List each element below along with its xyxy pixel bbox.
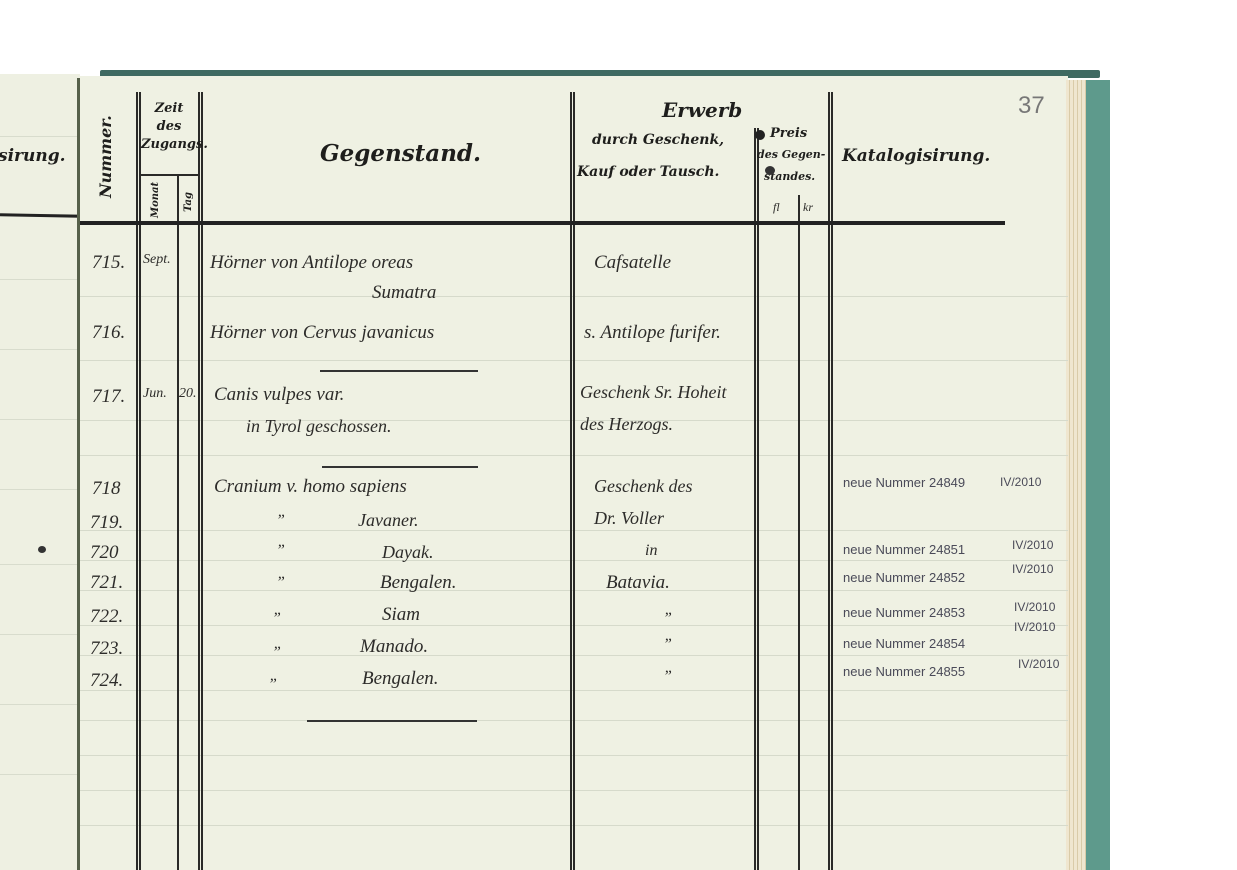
header-gegenstand: Gegenstand. (320, 140, 481, 167)
entry-item-line2: Sumatra (372, 282, 436, 304)
entry-catalog-date: IV/2010 (1012, 538, 1053, 552)
entry-acquisition: s. Antilope furifer. (584, 322, 721, 344)
entry-number: 720 (90, 542, 119, 564)
ink-blot (755, 130, 765, 140)
entry-number: 723. (90, 638, 123, 660)
entry-ditto-mark: ” (276, 512, 285, 530)
entry-number: 717. (92, 386, 125, 408)
entry-number: 719. (90, 512, 123, 534)
entry-catalog-date: IV/2010 (1018, 657, 1059, 671)
entry-item: Javaner. (358, 510, 418, 531)
entry-item: Manado. (360, 636, 428, 658)
entry-acquisition: ” (663, 610, 672, 628)
entry-item: Cranium v. homo sapiens (214, 476, 407, 498)
entry-catalog: neue Nummer 24852 (843, 570, 965, 585)
entry-acquisition: Cafsatelle (594, 252, 671, 274)
entry-ditto-mark: ” (272, 644, 281, 662)
left-page-header-fragment: sirung. (0, 146, 66, 166)
entry-ditto-mark: ” (272, 610, 281, 628)
entry-catalog-date: IV/2010 (1000, 475, 1041, 489)
entry-catalog-date: IV/2010 (1012, 562, 1053, 576)
entry-item: Dayak. (382, 542, 433, 563)
entry-month: Jun. (143, 386, 167, 402)
entry-catalog-date: IV/2010 (1014, 600, 1055, 614)
header-preis-1: Preis (770, 126, 807, 141)
entry-acquisition: in (645, 542, 657, 560)
ink-blot (38, 546, 46, 553)
header-monat: Monat (150, 182, 161, 218)
entry-item-line2: in Tyrol geschossen. (246, 416, 392, 437)
entry-catalog: neue Nummer 24849 (843, 475, 965, 490)
header-preis-unit2: kr (803, 200, 813, 215)
left-page: sirung. (0, 74, 80, 870)
entry-ditto-mark: ” (276, 542, 285, 560)
separator-rule (320, 370, 478, 372)
entry-catalog: neue Nummer 24855 (843, 664, 965, 679)
page-edges (1066, 80, 1088, 870)
entry-acquisition: ” (663, 636, 672, 654)
book-cover-right (1086, 80, 1110, 870)
entry-ditto-mark: ” (276, 574, 285, 592)
header-preis-unit1: fl (773, 200, 780, 215)
header-zeit: Zeit des Zugangs. (141, 100, 197, 154)
entry-item: Hörner von Antilope oreas (210, 252, 413, 274)
entry-acquisition: ” (663, 668, 672, 686)
header-tag: Tag (183, 192, 194, 212)
entry-acquisition-line2: des Herzogs. (580, 414, 673, 435)
entry-day: 20. (179, 386, 197, 402)
ink-blot (765, 166, 775, 175)
entry-ditto-mark: ” (268, 676, 277, 694)
separator-rule (322, 466, 478, 468)
entry-catalog: neue Nummer 24853 (843, 605, 965, 620)
entry-acquisition: Dr. Voller (594, 508, 664, 529)
entry-month: Sept. (143, 252, 171, 268)
entry-number: 722. (90, 606, 123, 628)
entry-acquisition: Geschenk des (594, 476, 692, 497)
entry-number: 718 (92, 478, 121, 500)
spine-gutter (77, 78, 80, 870)
entry-item: Hörner von Cervus javanicus (210, 322, 434, 344)
entry-item: Siam (382, 604, 420, 626)
page-number: 37 (1018, 92, 1045, 120)
header-preis-2: des Gegen- (757, 148, 825, 161)
entry-catalog-date: IV/2010 (1014, 620, 1055, 634)
header-erwerb-title: Erwerb (662, 98, 742, 122)
entry-number: 721. (90, 572, 123, 594)
entry-number: 715. (92, 252, 125, 274)
entry-catalog: neue Nummer 24854 (843, 636, 965, 651)
entry-catalog: neue Nummer 24851 (843, 542, 965, 557)
header-katalog: Katalogisirung. (842, 146, 990, 166)
entry-acquisition: Batavia. (606, 572, 670, 594)
entry-item: Bengalen. (380, 572, 457, 594)
header-erwerb-sub2: Kauf oder Tausch. (577, 164, 719, 180)
entry-number: 724. (90, 670, 123, 692)
entry-item: Bengalen. (362, 668, 439, 690)
header-erwerb-sub1: durch Geschenk, (592, 132, 724, 148)
entry-acquisition: Geschenk Sr. Hoheit (580, 382, 726, 403)
header-nummer: Nummer. (96, 115, 115, 198)
separator-rule (307, 720, 477, 722)
entry-item: Canis vulpes var. (214, 384, 344, 406)
entry-number: 716. (92, 322, 125, 344)
